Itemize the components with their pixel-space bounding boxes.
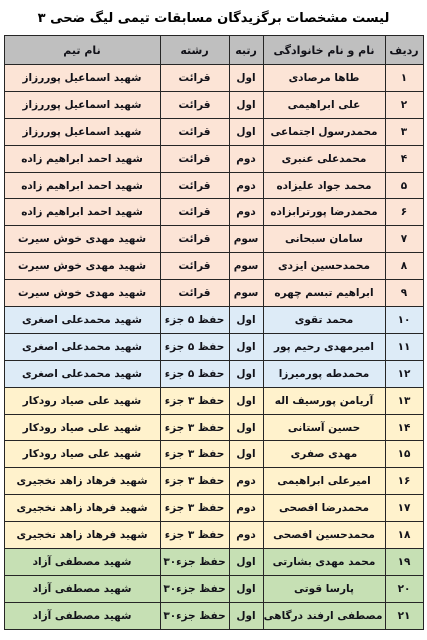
name-cell: امیرعلی ابراهیمی bbox=[263, 468, 385, 495]
table-row: ۷سامان سبحانیسومقرائتشهید مهدی خوش سیرت bbox=[4, 226, 423, 253]
row-number-cell: ۲ bbox=[385, 91, 423, 118]
table-row: ۲علی ابراهیمیاولقرائتشهید اسماعیل پوررزا… bbox=[4, 91, 423, 118]
rank-cell: اول bbox=[229, 549, 263, 576]
name-cell: مهدی صفری bbox=[263, 441, 385, 468]
rank-cell: دوم bbox=[229, 145, 263, 172]
field-cell: قرائت bbox=[160, 172, 229, 199]
field-cell: قرائت bbox=[160, 118, 229, 145]
page: لیست مشخصات برگزیدگان مسابقات تیمی لیگ ض… bbox=[0, 0, 427, 640]
row-number-cell: ۳ bbox=[385, 118, 423, 145]
team-cell: شهید محمدعلی اصغری bbox=[4, 360, 160, 387]
rank-cell: دوم bbox=[229, 199, 263, 226]
team-cell: شهید محمدعلی اصغری bbox=[4, 307, 160, 334]
field-cell: حفظ ۳ جزء bbox=[160, 387, 229, 414]
rank-cell: اول bbox=[229, 387, 263, 414]
table-row: ۱۱امیرمهدی رحیم پوراولحفظ ۵ جزءشهید محمد… bbox=[4, 333, 423, 360]
team-cell: شهید مصطفی آزاد bbox=[4, 602, 160, 629]
team-cell: شهید اسماعیل پوررزاز bbox=[4, 118, 160, 145]
field-cell: قرائت bbox=[160, 280, 229, 307]
team-cell: شهید اسماعیل پوررزاز bbox=[4, 91, 160, 118]
table-row: ۹ابراهیم تبسم چهرهسومقرائتشهید مهدی خوش … bbox=[4, 280, 423, 307]
rank-cell: اول bbox=[229, 307, 263, 334]
team-cell: شهید احمد ابراهیم زاده bbox=[4, 199, 160, 226]
table-row: ۳محمدرسول اجتماعیاولقرائتشهید اسماعیل پو… bbox=[4, 118, 423, 145]
row-number-cell: ۱۷ bbox=[385, 495, 423, 522]
field-cell: قرائت bbox=[160, 145, 229, 172]
row-number-cell: ۴ bbox=[385, 145, 423, 172]
row-number-cell: ۱۸ bbox=[385, 522, 423, 549]
rank-cell: اول bbox=[229, 65, 263, 92]
results-table: ردیف نام و نام خانوادگی رتبه رشته نام تی… bbox=[4, 35, 424, 630]
field-cell: حفظ ۵ جزء bbox=[160, 307, 229, 334]
field-cell: حفظ ۳ جزء bbox=[160, 414, 229, 441]
rank-cell: اول bbox=[229, 91, 263, 118]
table-row: ۶محمدرضا پورترابزادهدومقرائتشهید احمد اب… bbox=[4, 199, 423, 226]
table-row: ۱۸محمدحسین افصحیدومحفظ ۳ جزءشهید فرهاد ز… bbox=[4, 522, 423, 549]
field-cell: حفظ ۳ جزء bbox=[160, 441, 229, 468]
table-row: ۲۰پارسا قوتیاولحفظ جزء۳۰شهید مصطفی آزاد bbox=[4, 575, 423, 602]
row-number-cell: ۵ bbox=[385, 172, 423, 199]
field-cell: قرائت bbox=[160, 253, 229, 280]
team-cell: شهید احمد ابراهیم زاده bbox=[4, 145, 160, 172]
table-row: ۴محمدعلی عنبریدومقرائتشهید احمد ابراهیم … bbox=[4, 145, 423, 172]
row-number-cell: ۶ bbox=[385, 199, 423, 226]
name-cell: امیرمهدی رحیم پور bbox=[263, 333, 385, 360]
team-cell: شهید فرهاد زاهد نخجیری bbox=[4, 468, 160, 495]
rank-cell: سوم bbox=[229, 226, 263, 253]
row-number-cell: ۷ bbox=[385, 226, 423, 253]
table-row: ۱۷محمدرضا افصحیدومحفظ ۳ جزءشهید فرهاد زا… bbox=[4, 495, 423, 522]
name-cell: محمدرضا افصحی bbox=[263, 495, 385, 522]
rank-cell: اول bbox=[229, 118, 263, 145]
table-row: ۱طاها مرصادیاولقرائتشهید اسماعیل پوررزاز bbox=[4, 65, 423, 92]
table-row: ۲۱مصطفی ارفند درگاهیاولحفظ جزء۳۰شهید مصط… bbox=[4, 602, 423, 629]
name-cell: سامان سبحانی bbox=[263, 226, 385, 253]
header-field: رشته bbox=[160, 36, 229, 65]
field-cell: قرائت bbox=[160, 226, 229, 253]
team-cell: شهید مصطفی آزاد bbox=[4, 575, 160, 602]
field-cell: حفظ ۵ جزء bbox=[160, 333, 229, 360]
field-cell: حفظ جزء۳۰ bbox=[160, 602, 229, 629]
row-number-cell: ۲۰ bbox=[385, 575, 423, 602]
row-number-cell: ۱۳ bbox=[385, 387, 423, 414]
rank-cell: دوم bbox=[229, 495, 263, 522]
team-cell: شهید علی صیاد رودکار bbox=[4, 441, 160, 468]
table-row: ۵محمد جواد علیزادهدومقرائتشهید احمد ابرا… bbox=[4, 172, 423, 199]
team-cell: شهید علی صیاد رودکار bbox=[4, 387, 160, 414]
table-header: ردیف نام و نام خانوادگی رتبه رشته نام تی… bbox=[4, 36, 423, 65]
field-cell: قرائت bbox=[160, 65, 229, 92]
page-title: لیست مشخصات برگزیدگان مسابقات تیمی لیگ ض… bbox=[0, 0, 427, 26]
header-team-name: نام تیم bbox=[4, 36, 160, 65]
field-cell: حفظ ۵ جزء bbox=[160, 360, 229, 387]
rank-cell: سوم bbox=[229, 280, 263, 307]
rank-cell: دوم bbox=[229, 172, 263, 199]
rank-cell: دوم bbox=[229, 468, 263, 495]
rank-cell: اول bbox=[229, 441, 263, 468]
header-row-number: ردیف bbox=[385, 36, 423, 65]
name-cell: ابراهیم تبسم چهره bbox=[263, 280, 385, 307]
name-cell: محمدرسول اجتماعی bbox=[263, 118, 385, 145]
name-cell: آریامن پورسیف اله bbox=[263, 387, 385, 414]
rank-cell: اول bbox=[229, 360, 263, 387]
field-cell: حفظ ۳ جزء bbox=[160, 468, 229, 495]
name-cell: طاها مرصادی bbox=[263, 65, 385, 92]
team-cell: شهید احمد ابراهیم زاده bbox=[4, 172, 160, 199]
table-body: ۱طاها مرصادیاولقرائتشهید اسماعیل پوررزاز… bbox=[4, 65, 423, 630]
table-row: ۸محمدحسین ایزدیسومقرائتشهید مهدی خوش سیر… bbox=[4, 253, 423, 280]
field-cell: قرائت bbox=[160, 91, 229, 118]
row-number-cell: ۱۰ bbox=[385, 307, 423, 334]
row-number-cell: ۱ bbox=[385, 65, 423, 92]
rank-cell: دوم bbox=[229, 522, 263, 549]
name-cell: محمدرضا پورترابزاده bbox=[263, 199, 385, 226]
table-row: ۱۶امیرعلی ابراهیمیدومحفظ ۳ جزءشهید فرهاد… bbox=[4, 468, 423, 495]
row-number-cell: ۱۴ bbox=[385, 414, 423, 441]
row-number-cell: ۱۵ bbox=[385, 441, 423, 468]
row-number-cell: ۱۱ bbox=[385, 333, 423, 360]
row-number-cell: ۲۱ bbox=[385, 602, 423, 629]
header-rank: رتبه bbox=[229, 36, 263, 65]
table-row: ۱۴حسین آستانیاولحفظ ۳ جزءشهید علی صیاد ر… bbox=[4, 414, 423, 441]
row-number-cell: ۱۲ bbox=[385, 360, 423, 387]
team-cell: شهید مصطفی آزاد bbox=[4, 549, 160, 576]
name-cell: حسین آستانی bbox=[263, 414, 385, 441]
name-cell: محمدعلی عنبری bbox=[263, 145, 385, 172]
team-cell: شهید علی صیاد رودکار bbox=[4, 414, 160, 441]
rank-cell: سوم bbox=[229, 253, 263, 280]
field-cell: حفظ جزء۳۰ bbox=[160, 575, 229, 602]
team-cell: شهید فرهاد زاهد نخجیری bbox=[4, 495, 160, 522]
row-number-cell: ۸ bbox=[385, 253, 423, 280]
field-cell: قرائت bbox=[160, 199, 229, 226]
name-cell: محمد تقوی bbox=[263, 307, 385, 334]
rank-cell: اول bbox=[229, 575, 263, 602]
table-row: ۱۲محمدطه پورمیرزااولحفظ ۵ جزءشهید محمدعل… bbox=[4, 360, 423, 387]
name-cell: محمدحسین افصحی bbox=[263, 522, 385, 549]
header-full-name: نام و نام خانوادگی bbox=[263, 36, 385, 65]
table-row: ۱۰محمد تقویاولحفظ ۵ جزءشهید محمدعلی اصغر… bbox=[4, 307, 423, 334]
team-cell: شهید فرهاد زاهد نخجیری bbox=[4, 522, 160, 549]
team-cell: شهید مهدی خوش سیرت bbox=[4, 280, 160, 307]
header-row: ردیف نام و نام خانوادگی رتبه رشته نام تی… bbox=[4, 36, 423, 65]
row-number-cell: ۱۹ bbox=[385, 549, 423, 576]
name-cell: محمد جواد علیزاده bbox=[263, 172, 385, 199]
row-number-cell: ۱۶ bbox=[385, 468, 423, 495]
table-row: ۱۳آریامن پورسیف الهاولحفظ ۳ جزءشهید علی … bbox=[4, 387, 423, 414]
field-cell: حفظ ۳ جزء bbox=[160, 522, 229, 549]
row-number-cell: ۹ bbox=[385, 280, 423, 307]
field-cell: حفظ ۳ جزء bbox=[160, 495, 229, 522]
name-cell: علی ابراهیمی bbox=[263, 91, 385, 118]
table-row: ۱۹محمد مهدی بشارتیاولحفظ جزء۳۰شهید مصطفی… bbox=[4, 549, 423, 576]
field-cell: حفظ جزء۳۰ bbox=[160, 549, 229, 576]
rank-cell: اول bbox=[229, 333, 263, 360]
table-row: ۱۵مهدی صفریاولحفظ ۳ جزءشهید علی صیاد رود… bbox=[4, 441, 423, 468]
team-cell: شهید مهدی خوش سیرت bbox=[4, 253, 160, 280]
name-cell: مصطفی ارفند درگاهی bbox=[263, 602, 385, 629]
team-cell: شهید محمدعلی اصغری bbox=[4, 333, 160, 360]
rank-cell: اول bbox=[229, 414, 263, 441]
team-cell: شهید مهدی خوش سیرت bbox=[4, 226, 160, 253]
rank-cell: اول bbox=[229, 602, 263, 629]
name-cell: محمدحسین ایزدی bbox=[263, 253, 385, 280]
name-cell: محمدطه پورمیرزا bbox=[263, 360, 385, 387]
name-cell: محمد مهدی بشارتی bbox=[263, 549, 385, 576]
name-cell: پارسا قوتی bbox=[263, 575, 385, 602]
team-cell: شهید اسماعیل پوررزاز bbox=[4, 65, 160, 92]
